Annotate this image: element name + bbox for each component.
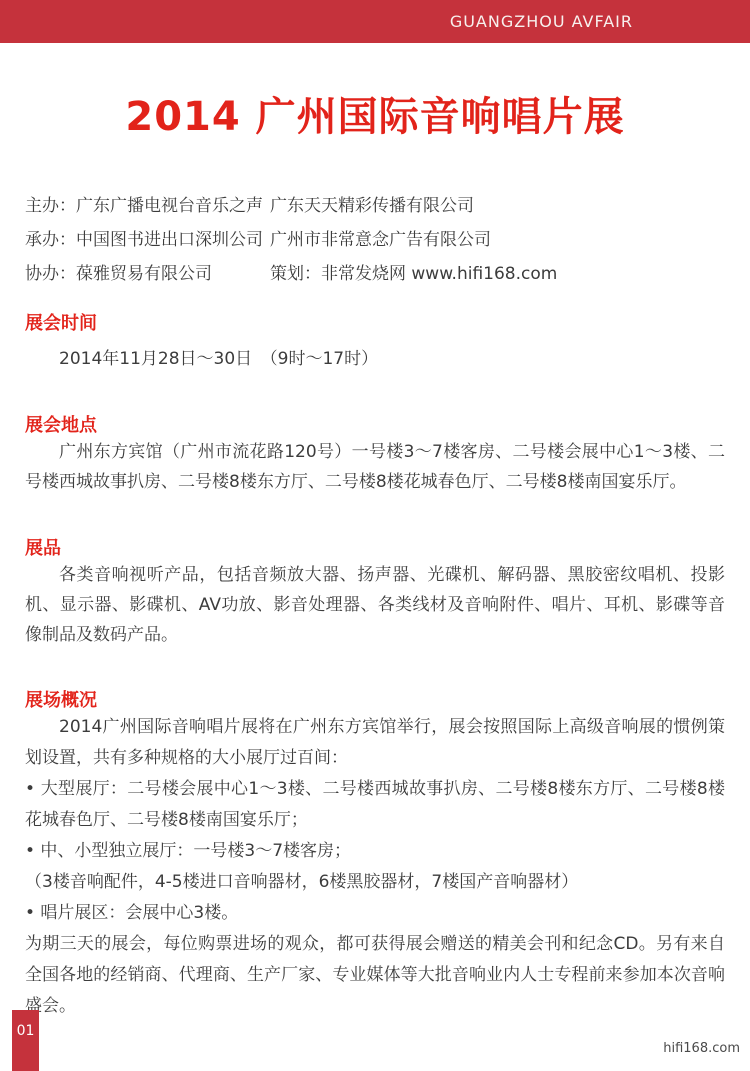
organizer-undertaker-partner: 广州市非常意念广告有限公司 bbox=[270, 223, 725, 257]
overview-closing: 为期三天的展会，每位购票进场的观众，都可获得展会赠送的精美会刊和纪念CD。另有来… bbox=[25, 929, 725, 1022]
brand-text: GUANGZHOU AVFAIR bbox=[450, 12, 633, 31]
organizer-host-partner: 广东天天精彩传播有限公司 bbox=[270, 189, 725, 223]
footer-site-label: hifi168.com bbox=[663, 1041, 740, 1056]
header-bar: GUANGZHOU AVFAIR bbox=[0, 0, 750, 43]
organizer-undertaker-label: 承办：中国图书进出口深圳公司 bbox=[25, 223, 270, 257]
overview-bullet-record-zone: • 唱片展区：会展中心3楼。 bbox=[25, 898, 725, 929]
organizer-row-undertaker: 承办：中国图书进出口深圳公司 广州市非常意念广告有限公司 bbox=[25, 223, 725, 257]
organizer-planner-label: 策划：非常发烧网 www.hifi168.com bbox=[270, 257, 725, 291]
section-heading-venue: 展会地点 bbox=[25, 415, 725, 437]
section-body-exhibits: 各类音响视听产品，包括音频放大器、扬声器、光碟机、解码器、黑胶密纹唱机、投影机、… bbox=[25, 560, 725, 650]
section-heading-overview: 展场概况 bbox=[25, 690, 725, 712]
overview-intro: 2014广州国际音响唱片展将在广州东方宾馆举行，展会按照国际上高级音响展的惯例策… bbox=[25, 712, 725, 774]
organizer-row-host: 主办：广东广播电视台音乐之声 广东天天精彩传播有限公司 bbox=[25, 189, 725, 223]
page-number-badge: 01 bbox=[12, 1010, 39, 1071]
organizer-host-label: 主办：广东广播电视台音乐之声 bbox=[25, 189, 270, 223]
overview-bullet-large-halls: • 大型展厅：二号楼会展中心1～3楼、二号楼西城故事扒房、二号楼8楼东方厅、二号… bbox=[25, 774, 725, 836]
organizer-row-coorganizer: 协办：葆雅贸易有限公司 策划：非常发烧网 www.hifi168.com bbox=[25, 257, 725, 291]
section-heading-time: 展会时间 bbox=[25, 313, 725, 335]
overview-bullet-independent-halls: • 中、小型独立展厅：一号楼3～7楼客房； bbox=[25, 836, 725, 867]
section-heading-exhibits: 展品 bbox=[25, 538, 725, 560]
organizer-coorganizer-label: 协办：葆雅贸易有限公司 bbox=[25, 257, 270, 291]
organizer-block: 主办：广东广播电视台音乐之声 广东天天精彩传播有限公司 承办：中国图书进出口深圳… bbox=[25, 189, 725, 291]
page-number-label: 01 bbox=[17, 1023, 35, 1039]
section-body-venue: 广州东方宾馆（广州市流花路120号）一号楼3～7楼客房、二号楼会展中心1～3楼、… bbox=[25, 437, 725, 497]
document-body: 展会时间 2014年11月28日～30日 （9时～17时） 展会地点 广州东方宾… bbox=[25, 313, 725, 1022]
overview-floor-note: （3楼音响配件，4-5楼进口音响器材，6楼黑胶器材，7楼国产音响器材） bbox=[25, 867, 725, 898]
page-title: 2014 广州国际音响唱片展 bbox=[25, 93, 725, 141]
section-body-time: 2014年11月28日～30日 （9时～17时） bbox=[25, 344, 725, 374]
